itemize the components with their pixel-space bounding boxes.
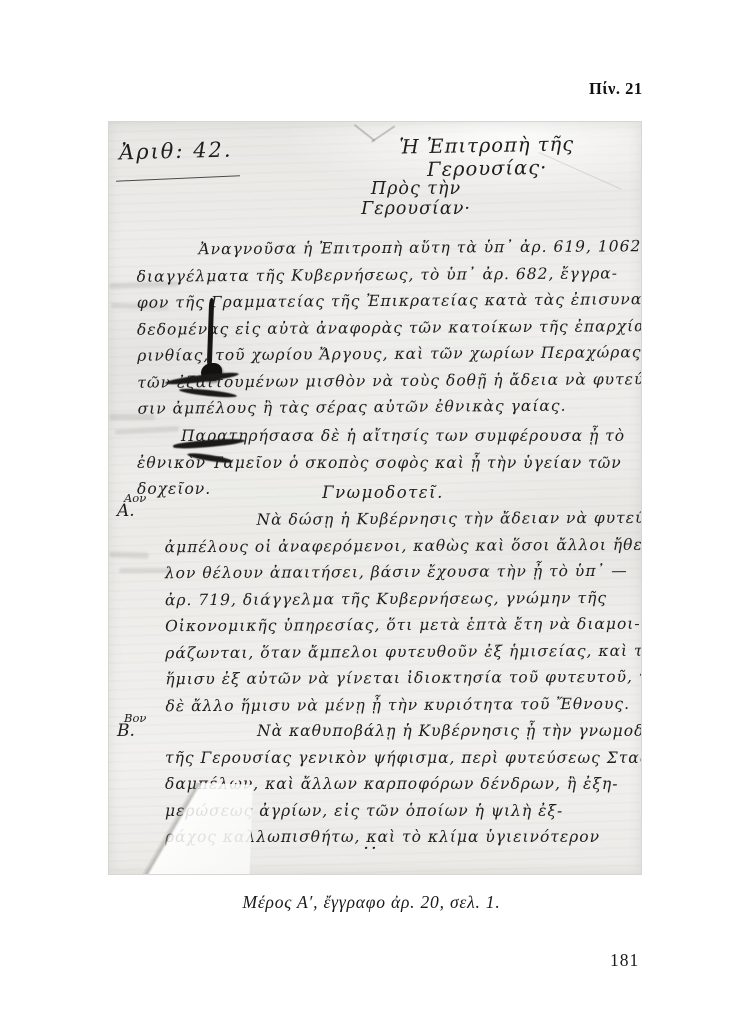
manuscript-line: ἀμπέλους οἱ ἀναφερόμενοι, καθὼς καὶ ὅσοι… [165, 531, 635, 560]
sender-line: Ἡ Ἐπιτροπὴ τῆς Γερουσίας· [337, 131, 638, 182]
recipient-line: Πρὸς τὴν Γερουσίαν· [321, 179, 511, 219]
manuscript-line: σιν ἀμπέλους ἢ τὰς σέρας αὐτῶν ἐθνικὰς γ… [137, 392, 629, 422]
manuscript-line: δὲ ἄλλο ἥμισυ νὰ μένῃ ᾖ τὴν κυριότητα το… [165, 690, 635, 719]
end-mark: ·· [341, 838, 401, 859]
manuscript-line: ἥμισυ ἐξ αὐτῶν νὰ γίνεται ἰδιοκτησία τοῦ… [165, 664, 635, 693]
manuscript-line: τῆς Γερουσίας γενικὸν ψήφισμα, περὶ φυτε… [165, 745, 635, 772]
fold-corner [108, 779, 253, 875]
manuscript-line: Ἀναγνοῦσα ἡ Ἐπιτροπὴ αὕτη τὰ ὑπ᾽ ἀρ. 619… [136, 233, 628, 263]
verdict-heading: Γνωμοδοτεῖ. [109, 483, 642, 502]
manuscript-line: λον θέλουν ἀπαιτήσει, βάσιν ἔχουσα τὴν ᾖ… [165, 558, 635, 587]
manuscript-line: Νὰ δώσῃ ἡ Κυβέρνησις τὴν ἄδειαν νὰ φυτεύ… [164, 505, 634, 534]
manuscript-line: Οἰκονομικῆς ὑπηρεσίας, ὅτι μετὰ ἑπτὰ ἔτη… [165, 611, 635, 640]
page-number: 181 [610, 950, 639, 971]
bleedthrough-mark [119, 568, 171, 573]
manuscript-section-a: Νὰ δώσῃ ἡ Κυβέρνησις τὴν ἄδειαν νὰ φυτεύ… [164, 505, 635, 719]
manuscript-line: ἐθνικὸν Ταμεῖον ὁ σκοπὸς σοφὸς καὶ ᾖ τὴν… [137, 450, 629, 477]
figure-caption: Μέρος Α′, ἔγγραφο ἀρ. 20, σελ. 1. [0, 892, 743, 913]
manuscript-line: Νὰ καθυποβάλῃ ἡ Κυβέρνησις ᾖ τὴν γνωμοδό… [165, 718, 635, 745]
margin-mark-a-letter: Α. [117, 505, 146, 518]
margin-mark-b: Βον Β. [117, 712, 146, 738]
manuscript-line: ἀρ. 719, διάγγελμα τῆς Κυβερνήσεως, γνώμ… [165, 584, 635, 613]
margin-mark-b-letter: Β. [117, 725, 146, 738]
underline-stroke [116, 175, 240, 181]
bleedthrough-mark [109, 551, 149, 558]
manuscript-scan: Ἀριθ: 42. Ἡ Ἐπιτροπὴ τῆς Γερουσίας· Πρὸς… [108, 121, 642, 875]
manuscript-line: Παρατηρήσασα δὲ ἡ αἴτησίς των συμφέρουσα… [137, 423, 629, 450]
manuscript-line: διαγγέλματα τῆς Κυβερνήσεως, τὸ ὑπ᾽ ἀρ. … [137, 260, 629, 290]
document-number: Ἀριθ: 42. [119, 138, 233, 165]
manuscript-line: ράζωνται, ὅταν ἄμπελοι φυτευθοῦν ἐξ ἡμισ… [165, 637, 635, 666]
plate-label: Πίν. 21 [589, 79, 643, 99]
margin-mark-a: Αον Α. [117, 492, 146, 518]
